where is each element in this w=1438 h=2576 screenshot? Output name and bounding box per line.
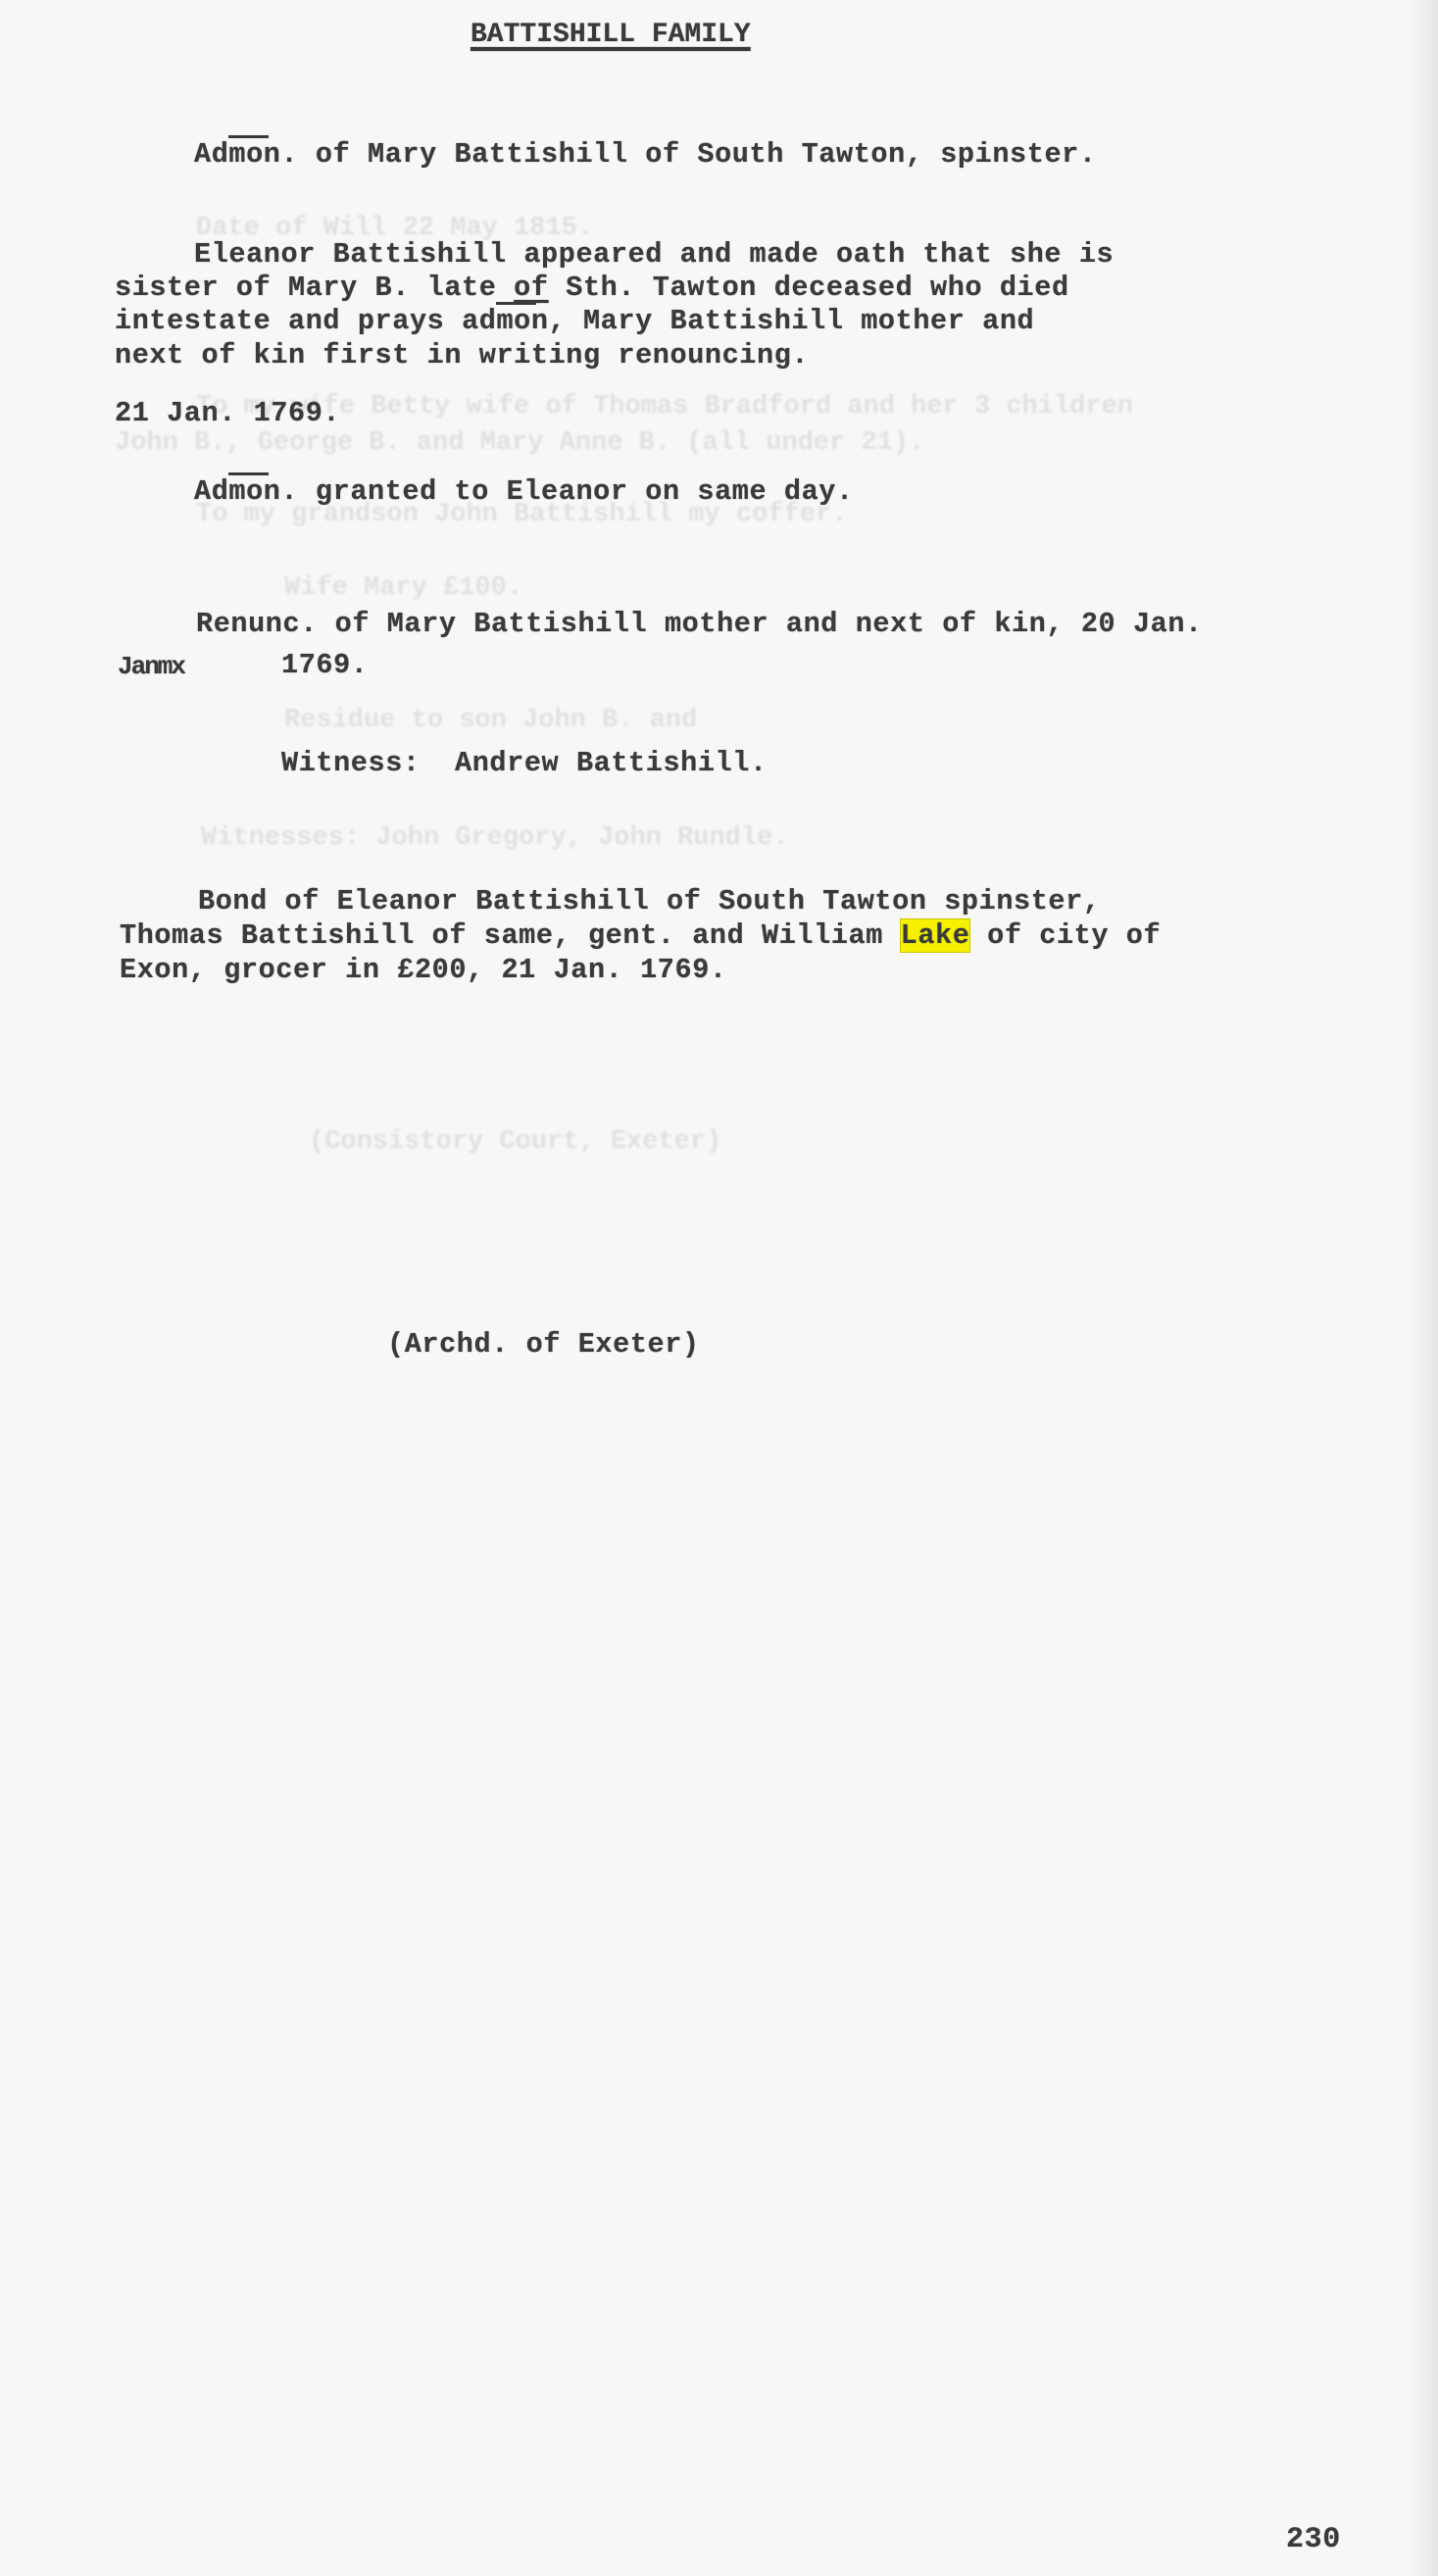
paragraph1-line2: sister of Mary B. late of Sth. Tawton de…	[115, 274, 1069, 303]
bleed-through-text: Residue to son John B. and	[284, 706, 697, 735]
text: Thomas Battishill of same, gent. and Wil…	[120, 919, 901, 952]
page-number: 230	[1286, 2525, 1341, 2554]
witness-name: Andrew Battishill.	[455, 747, 768, 779]
bleed-through-text: Wife Mary £100.	[284, 573, 522, 603]
page-edge-shadow	[1409, 0, 1438, 2576]
abbrev-admon: admon	[462, 308, 549, 336]
underlined-of: of	[514, 272, 548, 304]
bleed-through-text: John B., George B. and Mary Anne B. (all…	[115, 428, 924, 458]
renunciation-line1: Renunc. of Mary Battishill mother and ne…	[196, 611, 1203, 639]
search-highlight: Lake	[901, 919, 970, 952]
text: sister of Mary B. late	[115, 272, 514, 304]
text: , Mary Battishill mother and	[549, 305, 1035, 337]
date-line: 21 Jan. 1769.	[115, 400, 340, 428]
abbrev-admon: Admon	[194, 141, 281, 170]
document-title: BATTISHILL FAMILY	[471, 22, 751, 49]
paragraph1-line4: next of kin first in writing renouncing.	[115, 342, 809, 371]
document-heading: Admon. of Mary Battishill of South Tawto…	[194, 141, 1097, 170]
struck-out-text: Janmx	[118, 654, 184, 679]
grant-line: Admon. granted to Eleanor on same day.	[194, 478, 854, 507]
witness-label: Witness:	[281, 747, 421, 779]
paragraph1-line3: intestate and prays admon, Mary Battishi…	[115, 308, 1034, 336]
renunciation-line2: 1769.	[281, 652, 369, 680]
bond-line3: Exon, grocer in £200, 21 Jan. 1769.	[120, 957, 727, 985]
paragraph1-line1: Eleanor Battishill appeared and made oat…	[194, 241, 1114, 270]
bond-line2: Thomas Battishill of same, gent. and Wil…	[120, 922, 1161, 951]
witness-line: Witness: Andrew Battishill.	[281, 750, 768, 778]
text: intestate and prays	[115, 305, 462, 337]
bleed-through-text: Witnesses: John Gregory, John Rundle.	[201, 823, 789, 853]
text: . granted to Eleanor on same day.	[281, 475, 854, 508]
text: Sth. Tawton deceased who died	[549, 272, 1069, 304]
text: of city of	[969, 919, 1161, 952]
source-citation: (Archd. of Exeter)	[387, 1331, 700, 1360]
heading-text: . of Mary Battishill of South Tawton, sp…	[281, 138, 1097, 171]
abbrev-admon: Admon	[194, 478, 281, 507]
bond-line1: Bond of Eleanor Battishill of South Tawt…	[198, 888, 1101, 916]
bleed-through-text: (Consistory Court, Exeter)	[309, 1127, 721, 1157]
